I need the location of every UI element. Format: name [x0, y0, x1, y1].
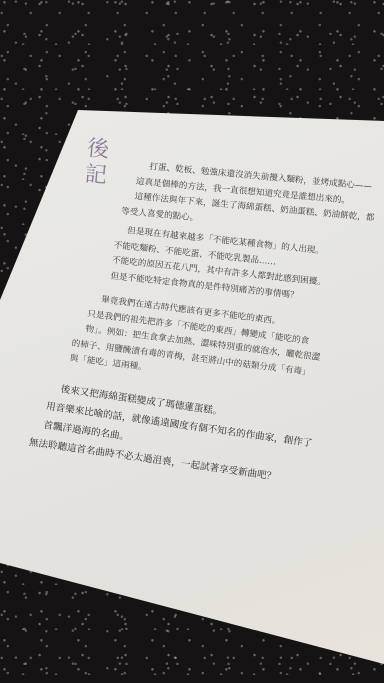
paragraph-4: 後來又把海綿蛋糕變成了瑪德蓮蛋糕。 用音樂來比喻的話，就像遙遠國度有個不知名的作…	[51, 380, 316, 491]
paragraph-3: 畢竟我們在遠古時代應該有更多不能吃的東西。 只是我們的祖先把許多「不能吃的東西」…	[93, 293, 325, 397]
page-content: 後 記 打蛋、乾板、勉強床還沒消失前攪入麵粉，並烤成點心—— 這真是個棒的方法，…	[0, 0, 384, 683]
title-char: 後	[86, 136, 112, 164]
title-char: 記	[84, 162, 110, 190]
paragraph-2: 但是現在有越來越多「不能吃某種食物」的人出現。 不能吃麵粉、不能吃蛋、不能吃乳製…	[122, 224, 330, 307]
page-title: 後 記	[84, 136, 112, 190]
